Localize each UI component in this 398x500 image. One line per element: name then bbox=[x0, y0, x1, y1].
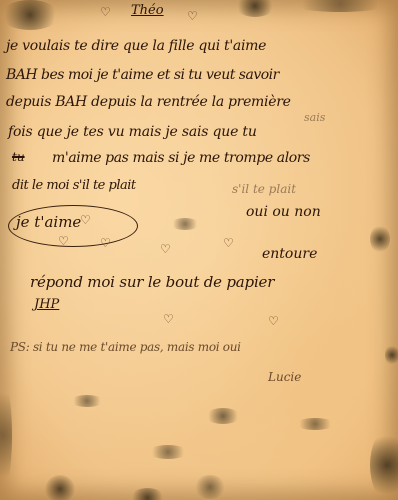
note-title: Théo bbox=[131, 3, 164, 18]
stain bbox=[148, 445, 188, 459]
stain bbox=[0, 0, 60, 30]
note-line-1: je voulais te dire que la fille qui t'ai… bbox=[6, 38, 266, 54]
side-text-entoure: entoure bbox=[262, 246, 317, 262]
heart-icon: ♡ bbox=[58, 235, 69, 247]
side-text-oui-ou-non: oui ou non bbox=[246, 204, 321, 220]
stain bbox=[0, 380, 12, 490]
stain bbox=[235, 0, 275, 17]
stain bbox=[205, 408, 241, 424]
heart-icon: ♡ bbox=[100, 237, 111, 249]
heart-icon: ♡ bbox=[268, 315, 279, 327]
heart-icon: ♡ bbox=[160, 243, 171, 255]
note-line-6: dit le moi s'il te plait bbox=[12, 178, 136, 193]
pencil-correction: s'il te plait bbox=[232, 182, 296, 196]
request-line: répond moi sur le bout de papier bbox=[30, 273, 274, 291]
stain bbox=[195, 475, 225, 499]
heart-icon: ♡ bbox=[80, 214, 91, 226]
pencil-correction: sais bbox=[304, 111, 325, 124]
stain bbox=[45, 475, 75, 500]
postscript: PS: si tu ne me t'aime pas, mais moi oui bbox=[10, 340, 241, 354]
stain bbox=[385, 345, 398, 365]
stain bbox=[70, 395, 104, 407]
struck-word: tu bbox=[12, 150, 25, 164]
stain bbox=[170, 218, 200, 230]
circled-text: je t'aime bbox=[16, 213, 81, 231]
stain bbox=[290, 0, 390, 12]
heart-icon: ♡ bbox=[187, 10, 198, 22]
stain bbox=[370, 225, 390, 253]
signature: Lucie bbox=[268, 370, 301, 384]
stain bbox=[130, 488, 165, 500]
note-line-3: depuis BAH depuis la rentrée la première bbox=[6, 94, 291, 110]
heart-icon: ♡ bbox=[163, 313, 174, 325]
heart-icon: ♡ bbox=[100, 6, 111, 18]
abbreviation: JHP bbox=[34, 297, 59, 312]
stain bbox=[370, 430, 398, 500]
note-line-2: BAH bes moi je t'aime et si tu veut savo… bbox=[6, 67, 279, 83]
note-line-4: fois que je tes vu mais je sais que tu bbox=[8, 124, 257, 140]
note-line-5: m'aime pas mais si je me trompe alors bbox=[52, 150, 310, 166]
handwritten-note: ♡ Théo ♡ je voulais te dire que la fille… bbox=[0, 0, 398, 500]
heart-icon: ♡ bbox=[223, 237, 234, 249]
stain bbox=[295, 418, 335, 430]
